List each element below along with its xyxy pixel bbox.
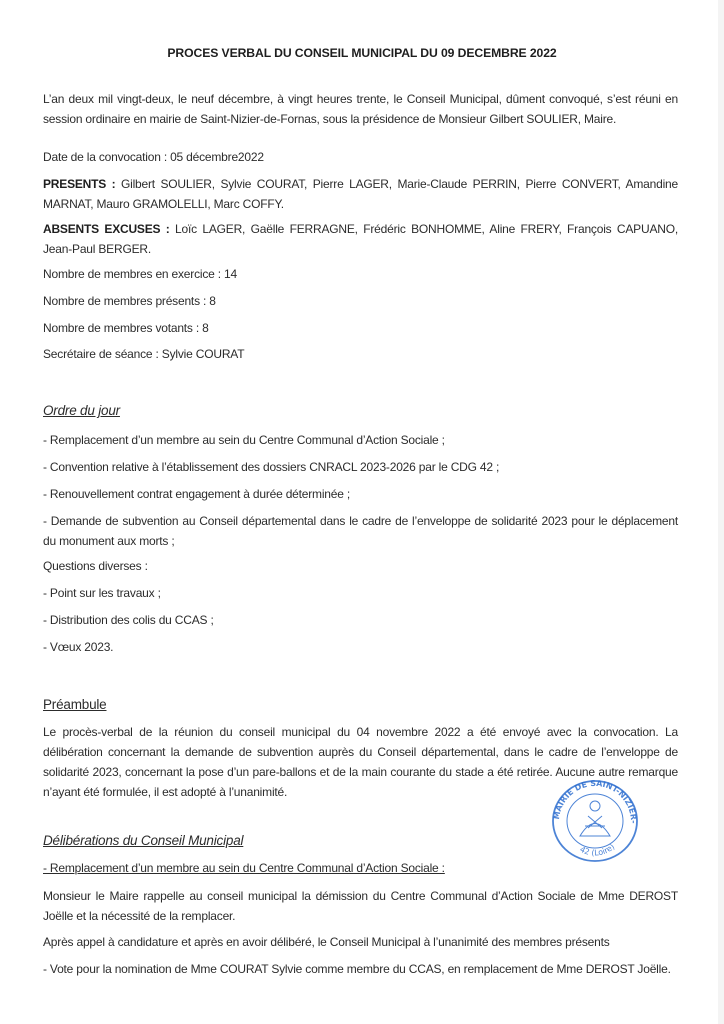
misc-item: - Point sur les travaux ;: [43, 583, 678, 603]
members-exercise: Nombre de membres en exercice : 14: [43, 264, 678, 284]
agenda-item: - Remplacement d’un membre au sein du Ce…: [43, 430, 678, 450]
deliberation-paragraph: Monsieur le Maire rappelle au conseil mu…: [43, 886, 678, 926]
agenda-item: - Renouvellement contrat engagement à du…: [43, 484, 678, 504]
presents-paragraph: PRESENTS : Gilbert SOULIER, Sylvie COURA…: [43, 174, 678, 214]
official-seal-icon: MAIRIE DE SAINT-NIZIER-DE-FORNAS 42 (Loi…: [540, 776, 650, 864]
secretary: Secrétaire de séance : Sylvie COURAT: [43, 344, 678, 364]
deliberation-subheading: - Remplacement d’un membre au sein du Ce…: [43, 858, 445, 878]
presents-list: Gilbert SOULIER, Sylvie COURAT, Pierre L…: [43, 177, 678, 211]
misc-item: - Distribution des colis du CCAS ;: [43, 610, 678, 630]
convocation-date: Date de la convocation : 05 décembre2022: [43, 147, 678, 167]
misc-item: - Vœux 2023.: [43, 637, 678, 657]
svg-text:42 (Loire): 42 (Loire): [578, 842, 616, 857]
agenda-heading: Ordre du jour: [43, 401, 120, 421]
deliberation-paragraph: Après appel à candidature et après en av…: [43, 932, 678, 952]
intro-paragraph: L’an deux mil vingt-deux, le neuf décemb…: [43, 89, 678, 129]
members-voting: Nombre de membres votants : 8: [43, 318, 678, 338]
absents-paragraph: ABSENTS EXCUSES : Loïc LAGER, Gaëlle FER…: [43, 219, 678, 259]
document-page: PROCES VERBAL DU CONSEIL MUNICIPAL DU 09…: [0, 0, 724, 1024]
page-title: PROCES VERBAL DU CONSEIL MUNICIPAL DU 09…: [0, 46, 724, 60]
absents-label: ABSENTS EXCUSES :: [43, 222, 170, 236]
deliberations-heading: Délibérations du Conseil Municipal: [43, 831, 243, 851]
agenda-item: - Convention relative à l’établissement …: [43, 457, 678, 477]
members-present: Nombre de membres présents : 8: [43, 291, 678, 311]
presents-label: PRESENTS :: [43, 177, 115, 191]
deliberation-vote: - Vote pour la nomination de Mme COURAT …: [43, 959, 678, 979]
scan-edge: [718, 0, 724, 1024]
agenda-item: - Demande de subvention au Conseil dépar…: [43, 511, 678, 551]
misc-questions-label: Questions diverses :: [43, 556, 678, 576]
preamble-heading: Préambule: [43, 695, 107, 715]
